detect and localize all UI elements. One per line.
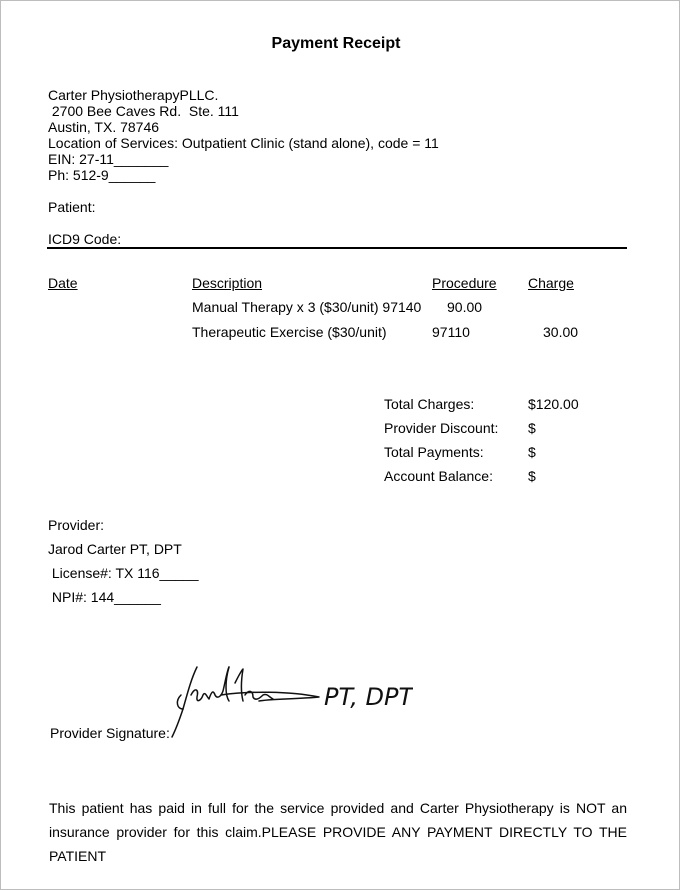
header-description: Description [192, 275, 262, 292]
receipt-page: Payment Receipt Carter PhysiotherapyPLLC… [0, 0, 680, 890]
footer-note: This patient has paid in full for the se… [49, 796, 627, 868]
patient-label: Patient: [48, 199, 95, 216]
company-address: 2700 Bee Caves Rd. Ste. 111 [48, 103, 239, 120]
icd9-label: ICD9 Code: [48, 231, 121, 248]
company-city: Austin, TX. 78746 [48, 119, 159, 136]
row-procedure: 90.00 [447, 299, 482, 316]
provider-discount-label: Provider Discount: [384, 420, 498, 437]
provider-license: License#: TX 116_____ [48, 565, 199, 582]
row-description: Therapeutic Exercise ($30/unit) [192, 324, 387, 341]
total-charges-value: $120.00 [528, 396, 579, 413]
page-title: Payment Receipt [1, 35, 671, 52]
provider-discount-value: $ [528, 420, 536, 437]
header-date: Date [48, 275, 78, 292]
ein: EIN: 27-11_______ [48, 151, 168, 168]
header-charge: Charge [528, 275, 574, 292]
company-name: Carter PhysiotherapyPLLC. [48, 87, 218, 104]
total-charges-label: Total Charges: [384, 396, 474, 413]
svg-text:PT, DPT: PT, DPT [324, 683, 413, 711]
total-payments-label: Total Payments: [384, 444, 484, 461]
row-procedure: 97110 [432, 324, 470, 341]
row-description: Manual Therapy x 3 ($30/unit) 97140 [192, 299, 421, 316]
account-balance-label: Account Balance: [384, 468, 493, 485]
signature-image: PT, DPT [169, 661, 413, 741]
provider-signature-label: Provider Signature: [50, 725, 170, 742]
phone: Ph: 512-9______ [48, 167, 155, 184]
provider-label: Provider: [48, 517, 104, 534]
provider-npi: NPI#: 144______ [48, 589, 161, 606]
header-procedure: Procedure [432, 275, 497, 292]
divider [47, 247, 627, 249]
location-of-services: Location of Services: Outpatient Clinic … [48, 135, 439, 152]
row-charge: 30.00 [543, 324, 578, 341]
total-payments-value: $ [528, 444, 536, 461]
provider-name: Jarod Carter PT, DPT [48, 541, 182, 558]
account-balance-value: $ [528, 468, 536, 485]
